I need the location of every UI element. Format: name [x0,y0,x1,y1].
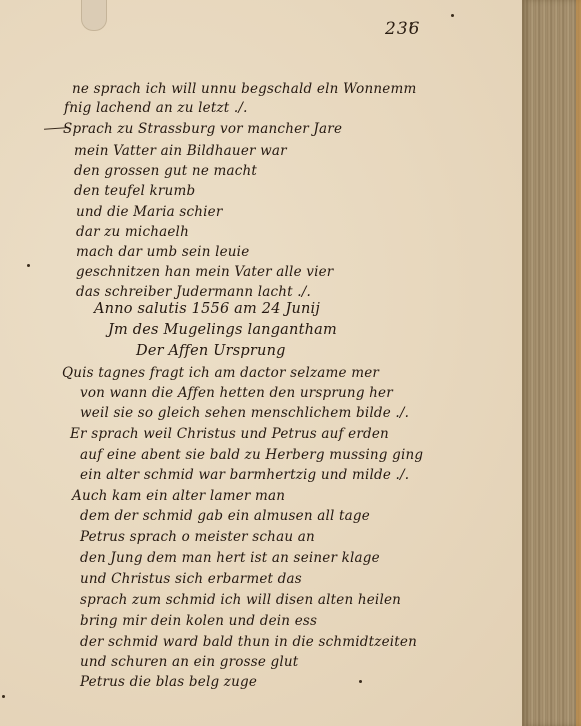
text-line: mach dar umb sein leuie [76,243,249,261]
ink-speck [451,14,454,17]
text-line: geschnitzen han mein Vater alle vier [76,263,333,281]
text-line: der schmid ward bald thun in die schmidt… [80,633,417,651]
manuscript-page: 236 ne sprach ich will unnu begschald el… [0,0,532,726]
text-line: und die Maria schier [76,203,223,221]
ink-speck [27,264,30,267]
text-line: dar zu michaelh [76,223,189,241]
text-line: Petrus sprach o meister schau an [80,528,315,546]
text-line: dem der schmid gab ein almusen all tage [80,507,370,525]
text-line: den grossen gut ne macht [74,162,257,180]
page-tab-marker [81,0,107,31]
text-line: den Jung dem man hert ist an seiner klag… [80,549,380,567]
text-line: Petrus die blas belg zuge [80,673,257,691]
text-line: Auch kam ein alter lamer man [72,487,285,505]
text-line: ein alter schmid war barmhertzig und mil… [80,466,409,484]
poem-title: Der Affen Ursprung [136,342,286,360]
text-line: und Christus sich erbarmet das [80,570,302,588]
ink-speck [359,680,362,683]
text-line: von wann die Affen hetten den ursprung h… [80,384,393,402]
text-line: fnig lachend an zu letzt ./. [64,99,248,117]
text-line: Er sprach weil Christus und Petrus auf e… [70,425,389,443]
book-binding-edge [522,0,581,726]
ink-speck [2,695,5,698]
text-line: Sprach zu Strassburg vor mancher Jare [63,120,342,138]
text-line: weil sie so gleich sehen menschlichem bi… [80,404,409,422]
text-line: ne sprach ich will unnu begschald eln Wo… [72,80,416,98]
text-line: mein Vatter ain Bildhauer war [74,142,287,160]
text-line: auf eine abent sie bald zu Herberg mussi… [80,446,423,464]
text-line: Quis tagnes fragt ich am dactor selzame … [62,364,379,382]
source-heading: Jm des Mugelings langantham [108,321,337,339]
text-line: das schreiber Judermann lacht ./. [76,283,311,301]
date-heading: Anno salutis 1556 am 24 Junij [94,300,320,318]
text-line: den teufel krumb [74,182,195,200]
folio-number: 236 [385,19,420,39]
text-line: bring mir dein kolen und dein ess [80,612,317,630]
text-line: und schuren an ein grosse glut [80,653,298,671]
text-line: sprach zum schmid ich will disen alten h… [80,591,401,609]
ink-speck [410,22,413,25]
